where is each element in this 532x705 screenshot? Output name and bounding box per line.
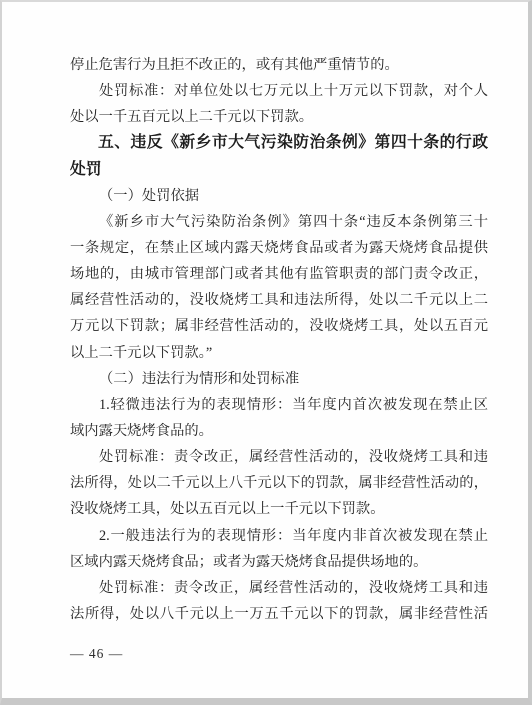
document-page: 停止危害行为且拒不改正的，或有其他严重情节的。 处罚标准：对单位处以七万元以上十… <box>0 0 532 705</box>
body-text-line: 1.轻微违法行为的表现情形：当年度内首次被发现在禁止区 <box>70 392 488 418</box>
body-text-line: 万元以下罚款；属非经营性活动的，没收烧烤工具，处以五百元 <box>70 313 488 339</box>
body-text-line: 域内露天烧烤食品的。 <box>70 418 488 444</box>
body-text-line: 处罚标准：责令改正，属经营性活动的，没收烧烤工具和违 <box>70 444 488 470</box>
body-text-line: 《新乡市大气污染防治条例》第四十条“违反本条例第三十 <box>70 209 488 235</box>
body-text-line: 法所得，处以八千元以上一万五千元以下的罚款，属非经营性活 <box>70 601 488 627</box>
body-text-line: 区域内露天烧烤食品；或者为露天烧烤食品提供场地的。 <box>70 549 488 575</box>
section-heading-line: 处罚 <box>70 157 488 183</box>
body-text-line: 2.一般违法行为的表现情形：当年度内非首次被发现在禁止 <box>70 523 488 549</box>
body-text-line: 场地的，由城市管理部门或者其他有监管职责的部门责令改正， <box>70 261 488 287</box>
body-text-line: 一条规定，在禁止区域内露天烧烤食品或者为露天烧烤食品提供 <box>70 235 488 261</box>
body-text-line: 处以一千五百元以上二千元以下罚款。 <box>70 104 488 130</box>
body-text-line: 处罚标准：责令改正，属经营性活动的，没收烧烤工具和违 <box>70 575 488 601</box>
body-text-line: 属经营性活动的，没收烧烤工具和违法所得，处以二千元以上二 <box>70 287 488 313</box>
subsection-heading-penalty-basis: （一）处罚依据 <box>70 183 488 209</box>
subsection-heading-violation-standards: （二）违法行为情形和处罚标准 <box>70 366 488 392</box>
body-text-line: 没收烧烤工具，处以五百元以上一千元以下罚款。 <box>70 496 488 522</box>
page-number: — 46 — <box>70 646 123 662</box>
section-heading-line: 五、违反《新乡市大气污染防治条例》第四十条的行政 <box>70 130 488 156</box>
body-text-line: 停止危害行为且拒不改正的，或有其他严重情节的。 <box>70 52 488 78</box>
body-text-line: 以上二千元以下罚款。” <box>70 340 488 366</box>
document-body: 停止危害行为且拒不改正的，或有其他严重情节的。 处罚标准：对单位处以七万元以上十… <box>70 52 488 627</box>
body-text-line: 法所得，处以二千元以上八千元以下的罚款，属非经营性活动的， <box>70 470 488 496</box>
body-text-line: 处罚标准：对单位处以七万元以上十万元以下罚款，对个人 <box>70 78 488 104</box>
